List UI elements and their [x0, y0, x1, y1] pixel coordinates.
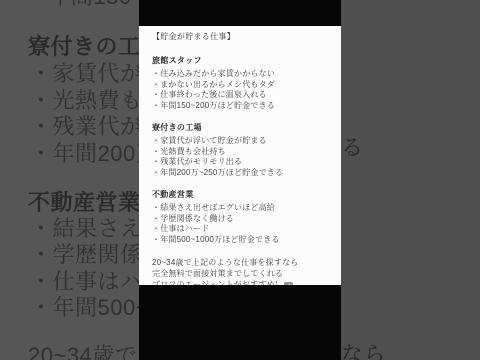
ambient-background-left: ・年間150~200万ほど 寮付きの工場 ・家賃代が浮いて貯金が貯まる ・光熱費…: [0, 0, 139, 360]
bullet-line: ・学歴関係なく働ける: [152, 214, 335, 225]
footer-line: プロフのエージェントがおすすめ！✓: [152, 279, 335, 285]
bullet-line: ・年間150~200万ほど貯金できる: [152, 101, 335, 112]
background-text-line: ・年間500~1000万ほど貯金できる: [30, 297, 139, 319]
background-text-line: 20~34歳で上記のような仕事を探すなら: [28, 345, 139, 360]
shorts-video-frame: ・年間150~200万ほど 寮付きの工場 ・家賃代が浮いて貯金が貯まる ・光熱費…: [0, 0, 480, 360]
ballot-box-check-emoji: ✓: [284, 282, 293, 285]
text-card: 【貯金が貯まる仕事】 旅館スタッフ ・住み込みだから家賃かからない ・まかない出…: [139, 26, 341, 285]
bullet-line: ・まかない出るからメシ代もタダ: [152, 80, 335, 91]
bullet-line: ・住み込みだから家賃かからない: [152, 69, 335, 80]
job-section-ryokan: 旅館スタッフ ・住み込みだから家賃かからない ・まかない出るからメシ代もタダ ・…: [152, 56, 335, 112]
check-glyph: ✓: [285, 282, 291, 285]
section-heading: 不動産営業: [152, 190, 335, 201]
section-heading: 寮付きの工場: [152, 123, 335, 134]
bullet-line: ・残業代がモリモリ出る: [152, 157, 335, 168]
ambient-background-right: る なら: [341, 0, 480, 360]
card-title: 【貯金が貯まる仕事】: [152, 31, 335, 42]
job-section-realestate: 不動産営業 ・結果さえ出せばエグいほど高給 ・学歴関係なく働ける ・仕事はハード…: [152, 190, 335, 246]
video-area[interactable]: 【貯金が貯まる仕事】 旅館スタッフ ・住み込みだから家賃かからない ・まかない出…: [139, 0, 341, 360]
background-text-line: ・年間150~200万ほど: [26, 0, 139, 8]
background-text-line: ・仕事はハード: [30, 271, 139, 293]
background-text-line: ・家賃代が浮いて貯金が貯まる: [30, 63, 139, 85]
footer-line-text: プロフのエージェントがおすすめ！: [152, 280, 283, 285]
background-text-line: ・残業代がモリモリ出る: [30, 116, 139, 138]
background-text-line: 不動産営業: [28, 192, 139, 214]
background-text-line: ・結果さえ出せばエグいほど高給: [30, 218, 139, 240]
background-text-line: る: [341, 137, 364, 159]
card-footer: 20~34歳で上記のような仕事を探すなら 完全無料で面接対策までしてくれる プロ…: [152, 257, 335, 285]
job-section-factory: 寮付きの工場 ・家賃代が浮いて貯金が貯まる ・光熱費も会社持ち ・残業代がモリモ…: [152, 123, 335, 179]
footer-line: 20~34歳で上記のような仕事を探すなら: [152, 257, 335, 268]
bullet-line: ・年間500~1000万ほど貯金できる: [152, 235, 335, 246]
background-text-line: ・年間200万~250万ほど貯金できる: [30, 143, 139, 165]
bullet-line: ・仕事終わった後に温泉入れる: [152, 90, 335, 101]
bullet-line: ・光熱費も会社持ち: [152, 147, 335, 158]
background-text-line: なら: [341, 344, 386, 360]
bullet-line: ・家賃代が浮いて貯金が貯まる: [152, 136, 335, 147]
background-text-line: 寮付きの工場: [28, 36, 139, 58]
background-text-line: ・学歴関係なく働ける: [30, 244, 139, 266]
bullet-line: ・年間200万~250万ほど貯金できる: [152, 168, 335, 179]
bullet-line: ・仕事はハード: [152, 224, 335, 235]
bullet-line: ・結果さえ出せばエグいほど高給: [152, 203, 335, 214]
background-text-line: ・光熱費も会社持ち: [30, 90, 139, 112]
section-heading: 旅館スタッフ: [152, 56, 335, 67]
footer-line: 完全無料で面接対策までしてくれる: [152, 268, 335, 279]
